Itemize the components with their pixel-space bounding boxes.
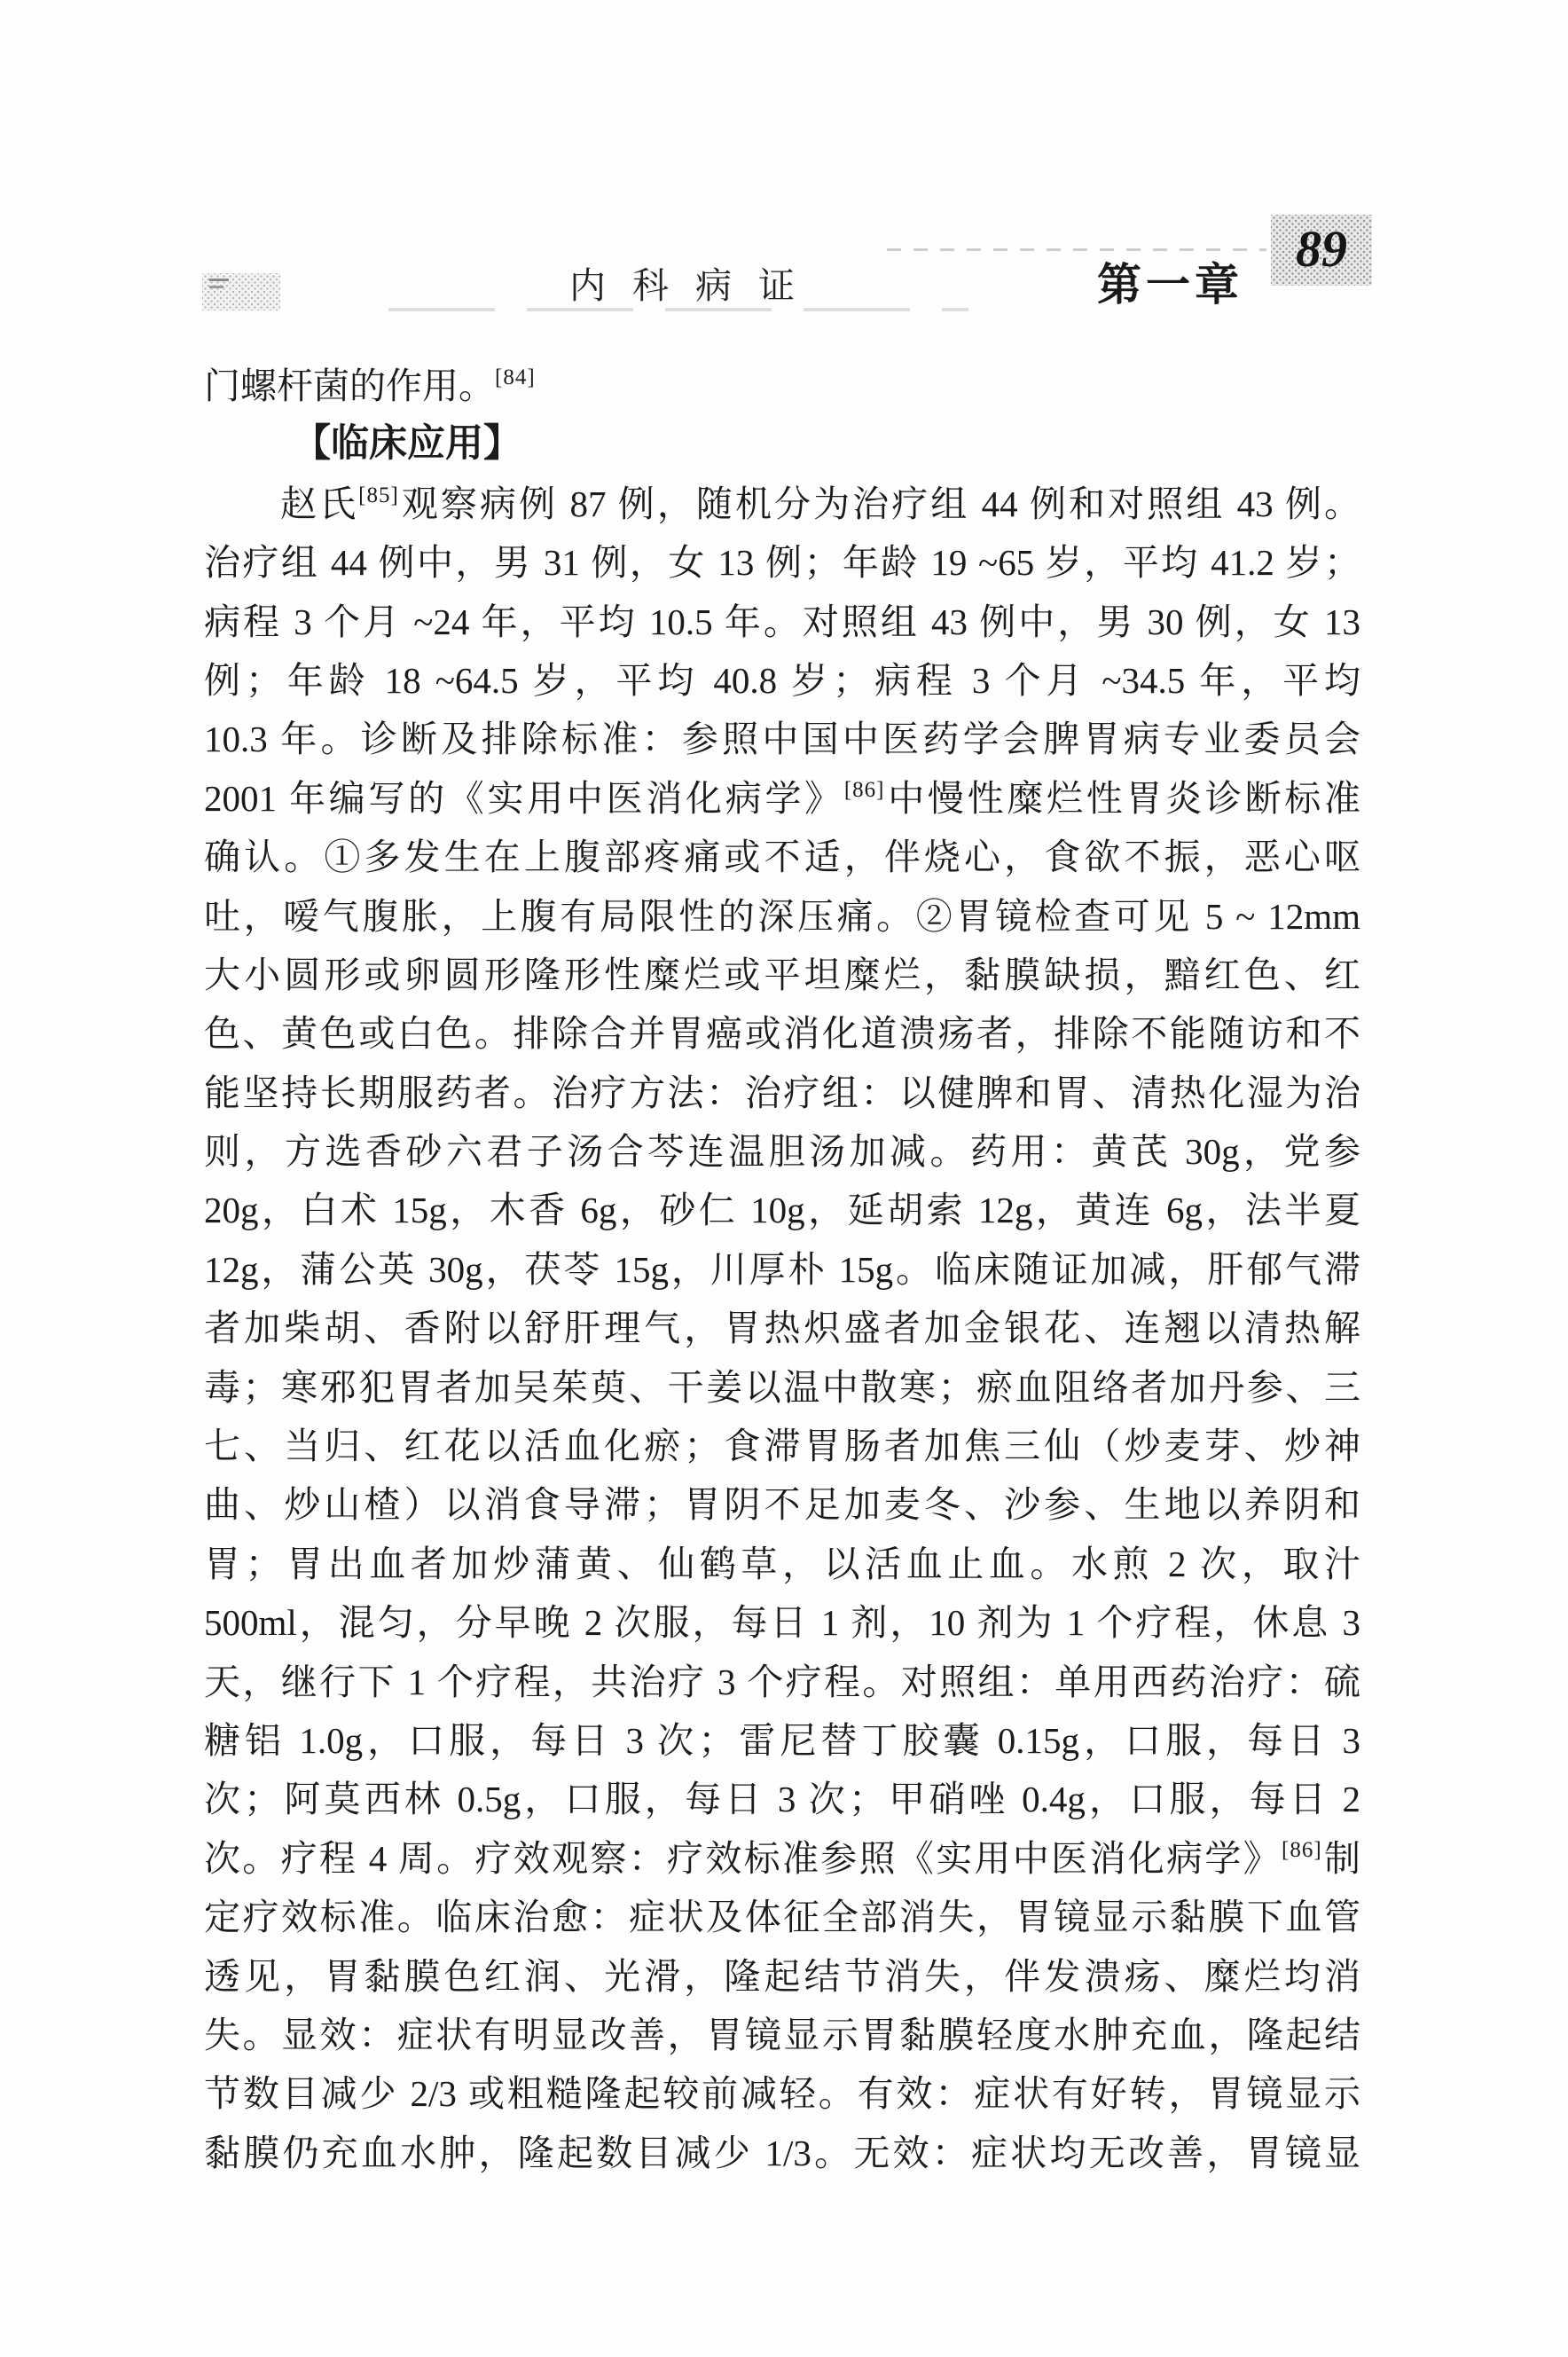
text-run: 大小圆形或卵圆形隆形性糜烂或平坦糜烂，黏膜缺损，黯红色、红 [204,955,1360,995]
text-line: 病程 3 个月 ~24 年，平均 10.5 年。对照组 43 例中，男 30 例… [204,593,1360,651]
text-run: 12g，蒲公英 30g，茯苓 15g，川厚朴 15g。临床随证加减，肝郁气滞 [204,1249,1360,1290]
text-run: 20g，白术 15g，木香 6g，砂仁 10g，延胡索 12g，黄连 6g，法半… [204,1190,1360,1230]
text-run: 观察病例 87 例，随机分为治疗组 44 例和对照组 43 例。 [399,483,1360,524]
book-page: 内科病证 第一章 89 门螺杆菌的作用。[84]【临床应用】赵氏[85]观察病例… [0,0,1568,2357]
text-line: 12g，蒲公英 30g，茯苓 15g，川厚朴 15g。临床随证加减，肝郁气滞 [204,1240,1360,1299]
text-run: 糖铝 1.0g，口服，每日 3 次；雷尼替丁胶囊 0.15g，口服，每日 3 [204,1720,1360,1761]
page-number-badge: 89 [1271,215,1372,286]
text-line: 确认。①多发生在上腹部疼痛或不适，伴烧心，食欲不振，恶心呕 [204,828,1360,886]
text-line: 吐，嗳气腹胀，上腹有局限性的深压痛。②胃镜检查可见 5 ~ 12mm [204,887,1360,946]
text-run: 能坚持长期服药者。治疗方法：治疗组：以健脾和胃、清热化湿为治 [204,1072,1360,1113]
text-line: 失。显效：症状有明显改善，胃镜显示胃黏膜轻度水肿充血，隆起结 [204,2006,1360,2064]
text-run: 病程 3 个月 ~24 年，平均 10.5 年。对照组 43 例中，男 30 例… [204,601,1360,642]
text-run: 曲、炒山楂）以消食导滞；胃阴不足加麦冬、沙参、生地以养阴和 [204,1484,1360,1525]
text-line: 色、黄色或白色。排除合并胃癌或消化道溃疡者，排除不能随访和不 [204,1004,1360,1063]
text-line: 定疗效标准。临床治愈：症状及体征全部消失，胃镜显示黏膜下血管 [204,1888,1360,1946]
text-line: 10.3 年。诊断及排除标准：参照中国中医药学会脾胃病专业委员会 [204,710,1360,768]
citation-ref: [85] [358,483,399,507]
scan-artifact-mark [209,286,223,288]
text-run: 则，方选香砂六君子汤合芩连温胆汤加减。药用：黄芪 30g，党参 [204,1131,1360,1172]
text-line: 次。疗程 4 周。疗效观察：疗效标准参照《实用中医消化病学》[86]制 [204,1829,1360,1888]
chapter-label: 第一章 [1097,249,1243,313]
text-line: 大小圆形或卵圆形隆形性糜烂或平坦糜烂，黏膜缺损，黯红色、红 [204,946,1360,1004]
text-run: 胃；胃出血者加炒蒲黄、仙鹤草，以活血止血。水煎 2 次，取汁 [204,1544,1360,1584]
citation-ref: [84] [495,365,536,389]
text-run: 赵氏 [280,483,358,524]
page-number: 89 [1296,219,1347,279]
text-line: 七、当归、红花以活血化瘀；食滞胃肠者加焦三仙（炒麦芽、炒神 [204,1417,1360,1475]
text-line: 例；年龄 18 ~64.5 岁，平均 40.8 岁；病程 3 个月 ~34.5 … [204,651,1360,710]
scan-artifact-mark [209,279,229,281]
text-line: 曲、炒山楂）以消食导滞；胃阴不足加麦冬、沙参、生地以养阴和 [204,1475,1360,1534]
text-line: 2001 年编写的《实用中医消化病学》[86]中慢性糜烂性胃炎诊断标准 [204,769,1360,828]
text-run: 10.3 年。诊断及排除标准：参照中国中医药学会脾胃病专业委员会 [204,719,1360,759]
text-run: 确认。①多发生在上腹部疼痛或不适，伴烧心，食欲不振，恶心呕 [204,837,1360,877]
text-line: 毒；寒邪犯胃者加吴茱萸、干姜以温中散寒；瘀血阻络者加丹参、三 [204,1358,1360,1417]
text-line: 则，方选香砂六君子汤合芩连温胆汤加减。药用：黄芪 30g，党参 [204,1122,1360,1181]
text-run: 黏膜仍充血水肿，隆起数目减少 1/3。无效：症状均无改善，胃镜显 [204,2133,1360,2173]
body-text: 门螺杆菌的作用。[84]【临床应用】赵氏[85]观察病例 87 例，随机分为治疗… [204,357,1360,2182]
scan-artifact [202,273,280,310]
text-line: 胃；胃出血者加炒蒲黄、仙鹤草，以活血止血。水煎 2 次，取汁 [204,1535,1360,1593]
text-line: 天，继行下 1 个疗程，共治疗 3 个疗程。对照组：单用西药治疗：硫 [204,1653,1360,1711]
text-run: 吐，嗳气腹胀，上腹有局限性的深压痛。②胃镜检查可见 5 ~ 12mm [204,896,1360,937]
text-run: 定疗效标准。临床治愈：症状及体征全部消失，胃镜显示黏膜下血管 [204,1897,1360,1937]
text-line: 500ml，混匀，分早晚 2 次服，每日 1 剂，10 剂为 1 个疗程，休息 … [204,1593,1360,1652]
text-line: 治疗组 44 例中，男 31 例，女 13 例；年龄 19 ~65 岁，平均 4… [204,533,1360,592]
text-run: 毒；寒邪犯胃者加吴茱萸、干姜以温中散寒；瘀血阻络者加丹参、三 [204,1367,1360,1408]
text-run: 者加柴胡、香附以舒肝理气，胃热炽盛者加金银花、连翘以清热解 [204,1308,1360,1348]
text-line: 黏膜仍充血水肿，隆起数目减少 1/3。无效：症状均无改善，胃镜显 [204,2124,1360,2182]
text-run: 2001 年编写的《实用中医消化病学》 [204,778,844,819]
citation-ref: [86] [1282,1838,1322,1862]
citation-ref: [86] [844,778,885,802]
text-run: 【临床应用】 [293,423,521,465]
text-line: 20g，白术 15g，木香 6g，砂仁 10g，延胡索 12g，黄连 6g，法半… [204,1181,1360,1239]
text-run: 七、当归、红花以活血化瘀；食滞胃肠者加焦三仙（炒麦芽、炒神 [204,1426,1360,1466]
text-run: 500ml，混匀，分早晚 2 次服，每日 1 剂，10 剂为 1 个疗程，休息 … [204,1602,1360,1643]
text-run: 失。显效：症状有明显改善，胃镜显示胃黏膜轻度水肿充血，隆起结 [204,2015,1360,2055]
header-underline [388,308,968,311]
text-line: 节数目减少 2/3 或粗糙隆起较前减轻。有效：症状有好转，胃镜显示 [204,2064,1360,2123]
text-run: 治疗组 44 例中，男 31 例，女 13 例；年龄 19 ~65 岁，平均 4… [204,542,1360,583]
text-run: 制 [1322,1838,1360,1879]
text-line: 透见，胃黏膜色红润、光滑，隆起结节消失，伴发溃疡、糜烂均消 [204,1947,1360,2006]
running-title: 内科病证 [569,256,821,309]
text-line: 门螺杆菌的作用。[84] [204,357,1360,415]
text-line: 【临床应用】 [204,415,1360,474]
text-run: 例；年龄 18 ~64.5 岁，平均 40.8 岁；病程 3 个月 ~34.5 … [204,660,1360,701]
text-run: 次；阿莫西林 0.5g，口服，每日 3 次；甲硝唑 0.4g，口服，每日 2 [204,1779,1360,1819]
text-line: 者加柴胡、香附以舒肝理气，胃热炽盛者加金银花、连翘以清热解 [204,1299,1360,1357]
text-run: 透见，胃黏膜色红润、光滑，隆起结节消失，伴发溃疡、糜烂均消 [204,1956,1360,1997]
text-line: 能坚持长期服药者。治疗方法：治疗组：以健脾和胃、清热化湿为治 [204,1064,1360,1122]
text-run: 门螺杆菌的作用。 [204,365,495,406]
text-run: 节数目减少 2/3 或粗糙隆起较前减轻。有效：症状有好转，胃镜显示 [204,2073,1360,2114]
text-run: 天，继行下 1 个疗程，共治疗 3 个疗程。对照组：单用西药治疗：硫 [204,1662,1360,1702]
text-line: 赵氏[85]观察病例 87 例，随机分为治疗组 44 例和对照组 43 例。 [204,475,1360,533]
text-run: 中慢性糜烂性胃炎诊断标准 [885,778,1360,819]
text-run: 色、黄色或白色。排除合并胃癌或消化道溃疡者，排除不能随访和不 [204,1013,1360,1054]
text-run: 次。疗程 4 周。疗效观察：疗效标准参照《实用中医消化病学》 [204,1838,1282,1879]
text-line: 次；阿莫西林 0.5g，口服，每日 3 次；甲硝唑 0.4g，口服，每日 2 [204,1770,1360,1828]
text-line: 糖铝 1.0g，口服，每日 3 次；雷尼替丁胶囊 0.15g，口服，每日 3 [204,1711,1360,1770]
